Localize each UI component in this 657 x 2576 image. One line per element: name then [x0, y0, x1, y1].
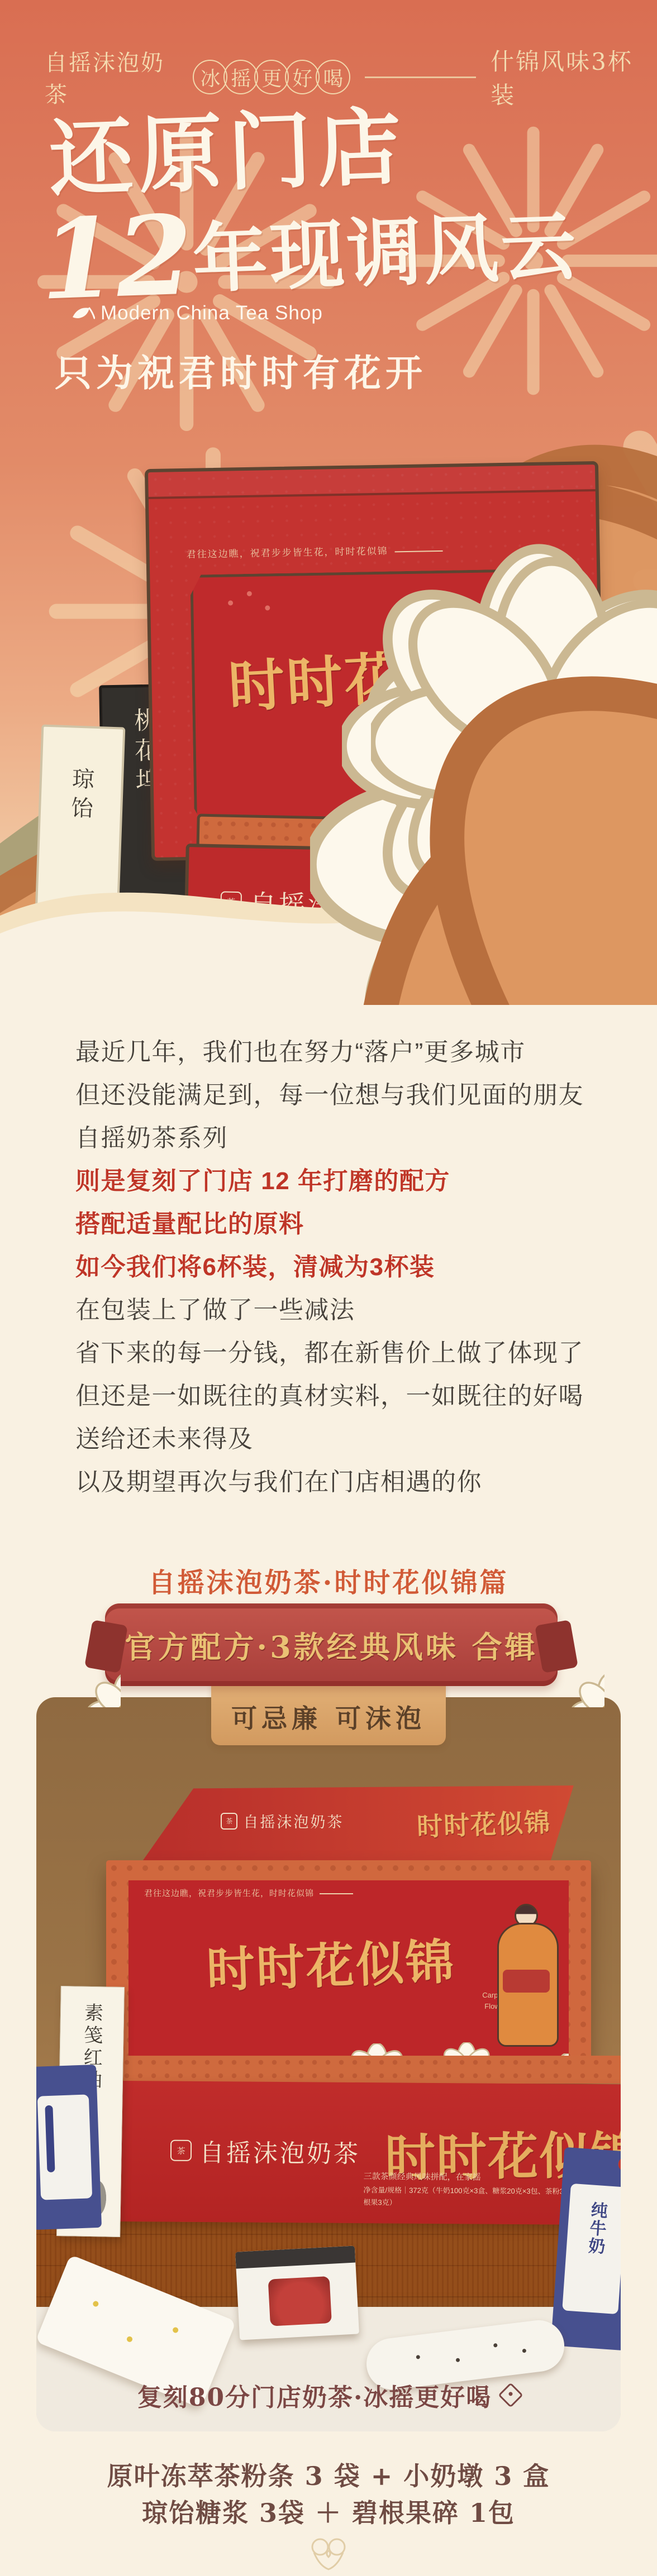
note-dash	[320, 1893, 353, 1894]
story-line-emphasis: 如今我们将6杯装，清减为3杯装	[75, 1246, 584, 1289]
seal-stamp	[72, 947, 79, 955]
brand-label: 自摇沫泡奶茶	[45, 45, 188, 109]
circled-char: 喝	[316, 60, 350, 94]
story-section: 最近几年，我们也在努力“落户”更多城市 但还没能满足到，每一位想与我们见面的朋友…	[75, 1031, 584, 1504]
photo-box-brand-label: 自摇沫泡奶茶	[199, 2133, 360, 2170]
collection-tab-label: 可忌廉 可沫泡	[231, 1698, 426, 1735]
product-title-calligraphy: 时时花似锦	[416, 1802, 551, 1844]
lady-figure-illustration	[468, 603, 539, 788]
speckle	[456, 2358, 460, 2362]
red-splash-dot	[618, 2157, 621, 2172]
hero-title-line1: 还原门店	[47, 103, 408, 204]
packet-label-vertical: 琼饴	[64, 767, 98, 826]
promo-long-image: 自摇沫泡奶茶 冰 摇 更 好 喝 什锦风味3杯装 还原门店 12年现调风云 Mo…	[0, 0, 657, 2576]
photo-box2-lid-strip	[120, 2056, 621, 2084]
note-dash	[395, 550, 443, 552]
speckle	[522, 2349, 526, 2353]
circled-char: 冰	[193, 60, 227, 94]
tea-leaf-icon	[70, 305, 95, 322]
gardenia-flower-icon	[54, 1640, 121, 1707]
photo-caption-text: 复刻80分门店奶茶·冰摇更好喝	[137, 2377, 492, 2413]
gardenia-flower-icon	[537, 1640, 604, 1707]
photo-box-window-panel: 君往这边瞧，祝君步步皆生花，时时花似锦 时时花似锦 Carpet of Flow…	[128, 1880, 569, 2065]
product-photo: 茶 自摇沫泡奶茶 时时花似锦 君往这边瞧，祝君步步皆生花，时时花似锦 时时花似锦…	[36, 1697, 621, 2431]
story-line: 自摇奶茶系列	[75, 1117, 584, 1160]
photo-box-note: 君往这边瞧，祝君步步皆生花，时时花似锦	[144, 1887, 353, 1899]
giftbox-brand-label: 自摇沫泡奶茶	[249, 883, 424, 925]
collection-ribbon-banner: 官方配方·3款经典风味 合辑	[105, 1603, 558, 1686]
photo-box-brand-row: 茶 自摇沫泡奶茶	[221, 1810, 344, 1832]
milk-carton-illustration	[36, 2065, 102, 2230]
variety-label: 什锦风味3杯装	[491, 44, 657, 111]
brand-logo-text: Modern China Tea Shop	[101, 302, 323, 324]
story-line: 在包装上了做了一些减法	[75, 1289, 584, 1332]
blossom-dot	[228, 600, 233, 605]
speckle	[92, 2300, 99, 2307]
brand-seal-icon: 茶	[220, 891, 242, 913]
collection-kicker: 自摇沫泡奶茶·时时花似锦篇	[0, 1561, 657, 1600]
milk-carton-label: 纯牛奶	[582, 2200, 610, 2256]
story-line: 送给还未来得及	[75, 1418, 584, 1461]
brand-seal-icon: 茶	[170, 2140, 192, 2161]
packet-sublabel: SYRUP	[59, 964, 92, 974]
circled-char: 更	[254, 60, 289, 94]
giftbox-window-panel: 时时花似锦 Carpet of Flowers	[190, 568, 558, 829]
brand-logo: Modern China Tea Shop	[70, 302, 323, 324]
speckle	[416, 2355, 420, 2359]
story-line-emphasis: 搭配适量配比的原料	[75, 1203, 584, 1246]
photo-box-top-face: 茶 自摇沫泡奶茶 时时花似锦	[120, 1785, 578, 1860]
circled-char: 好	[285, 60, 320, 94]
ice-cube-icon	[498, 2382, 523, 2407]
bundle-contents-line: 原叶冻萃茶粉条 3 袋 + 小奶墩 3 盒	[0, 2458, 657, 2494]
hero-subtitle: 只为祝君时时有花开	[55, 343, 427, 396]
topbar-divider	[365, 76, 476, 78]
story-line: 省下来的每一分钱，都在新售价上做了体现了	[75, 1332, 584, 1375]
red-tea-photo-blob	[268, 2276, 332, 2326]
speckle	[493, 2343, 498, 2348]
footer-summary: 原叶冻萃茶粉条 3 袋 + 小奶墩 3 盒 琼饴糖浆 3袋 ＋ 碧根果碎 1包	[0, 2458, 657, 2531]
brand-seal-icon: 茶	[221, 1813, 237, 1830]
hero-banner: 自摇沫泡奶茶 冰 摇 更 好 喝 什锦风味3杯装 还原门店 12年现调风云 Mo…	[0, 0, 657, 1005]
cloud-motif-logo-icon	[305, 2535, 352, 2572]
photo-box-front-face: 君往这边瞧，祝君步步皆生花，时时花似锦 时时花似锦 Carpet of Flow…	[106, 1860, 591, 2084]
story-line-emphasis: 则是复刻了门店 12 年打磨的配方	[75, 1160, 584, 1203]
figure-sash	[477, 688, 531, 718]
giftbox-note: 君往这边瞧，祝君步步皆生花，时时花似锦	[186, 542, 442, 561]
giftbox-brand-row: 茶 自摇沫泡奶茶	[220, 882, 424, 925]
product-title-calligraphy: 时时花似锦	[403, 889, 657, 964]
speckle	[172, 2326, 179, 2334]
lady-figure-illustration	[497, 1904, 555, 2047]
product-title-calligraphy: 时时花似锦	[206, 1923, 456, 2000]
hero-title-rest: 年现调风云	[191, 202, 579, 303]
circled-slogan: 冰 摇 更 好 喝	[197, 60, 350, 94]
story-line: 但还是一如既往的真材实料，一如既往的好喝	[75, 1375, 584, 1418]
hero-title-line2: 12年现调风云	[39, 187, 580, 320]
photo-caption: 复刻80分门店奶茶·冰摇更好喝	[36, 2377, 621, 2413]
photo-box-brand-label: 自摇沫泡奶茶	[243, 1810, 344, 1832]
sample-sachet-box	[235, 2246, 359, 2340]
blossom-dot	[247, 591, 252, 596]
photo-box-lying: 茶 自摇沫泡奶茶 时时花似锦 三款茶颜经典风味拼配，在家摇 净含量/规格｜372…	[98, 2081, 621, 2225]
hero-topbar: 自摇沫泡奶茶 冰 摇 更 好 喝 什锦风味3杯装	[0, 58, 657, 97]
figure-sash	[503, 1970, 549, 1993]
giftbox-illustration-bottom: 茶 自摇沫泡奶茶 时时花似锦 三款茶颜经典风味拼配，在家摇 净含量/规格｜372…	[183, 844, 657, 1000]
syrup-packet-white: 琼饴 SYRUP	[32, 725, 126, 997]
story-line: 以及期望再次与我们在门店相遇的你	[75, 1461, 584, 1504]
blossom-dot	[265, 605, 270, 610]
speckle	[126, 2335, 133, 2343]
bundle-contents-line: 琼饴糖浆 3袋 ＋ 碧根果碎 1包	[0, 2494, 657, 2531]
circled-char: 摇	[223, 60, 258, 94]
giftbox-illustration-top: 君往这边瞧，祝君步步皆生花，时时花似锦 时时花似锦 Carpet of Flow…	[145, 461, 605, 861]
story-line: 最近几年，我们也在努力“落户”更多城市	[75, 1031, 584, 1074]
giftbox-info-text: 三款茶颜经典风味拼配，在家摇 净含量/规格｜372克（牛奶100克×3盒、糖浆2…	[468, 862, 653, 896]
photo-box-brand-row: 茶 自摇沫泡奶茶	[170, 2133, 360, 2170]
collection-ribbon-label: 官方配方·3款经典风味 合辑	[125, 1624, 537, 1667]
story-line: 但还没能满足到，每一位想与我们见面的朋友	[75, 1074, 584, 1117]
